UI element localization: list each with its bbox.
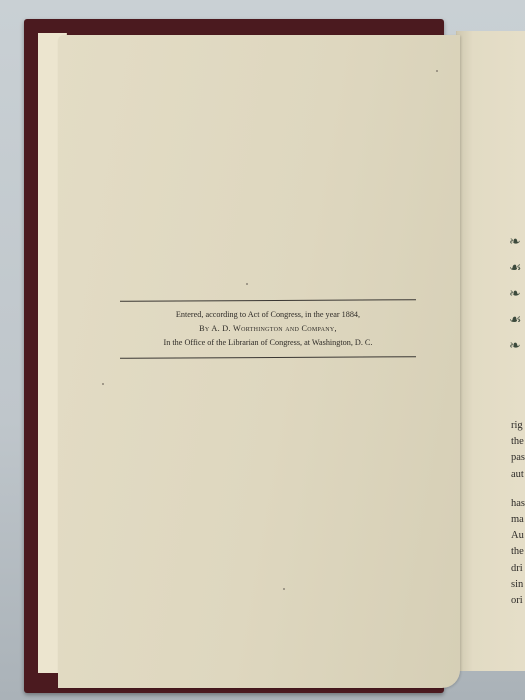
- copyright-line-1: Entered, according to Act of Congress, i…: [120, 308, 416, 322]
- copyright-line-2: By A. D. Worthington and Company,: [120, 322, 416, 336]
- paper-speck: [436, 70, 438, 72]
- facing-page-text: rig the pas aut has ma Au the dri sin or…: [511, 418, 525, 609]
- top-rule: [120, 299, 416, 302]
- text-fragment: the: [511, 434, 525, 450]
- floral-vine-ornament-icon: ❧☙❧☙❧: [509, 230, 525, 390]
- paper-speck: [102, 383, 104, 385]
- text-fragment: has: [511, 496, 525, 512]
- text-fragment: sin: [511, 577, 525, 593]
- text-fragment: ori: [511, 593, 525, 609]
- copyright-line-3: In the Office of the Librarian of Congre…: [120, 336, 416, 350]
- text-fragment: pas: [511, 450, 525, 466]
- text-fragment: ma: [511, 512, 525, 528]
- copyright-page: [58, 35, 460, 688]
- text-fragment: Au: [511, 528, 525, 544]
- text-fragment: aut: [511, 467, 525, 483]
- text-fragment: dri: [511, 561, 525, 577]
- text-fragment: the: [511, 544, 525, 560]
- paragraph-gap: [511, 483, 525, 496]
- paper-speck: [283, 588, 285, 590]
- text-fragment: rig: [511, 418, 525, 434]
- paper-speck: [246, 283, 248, 285]
- copyright-notice: Entered, according to Act of Congress, i…: [120, 300, 416, 358]
